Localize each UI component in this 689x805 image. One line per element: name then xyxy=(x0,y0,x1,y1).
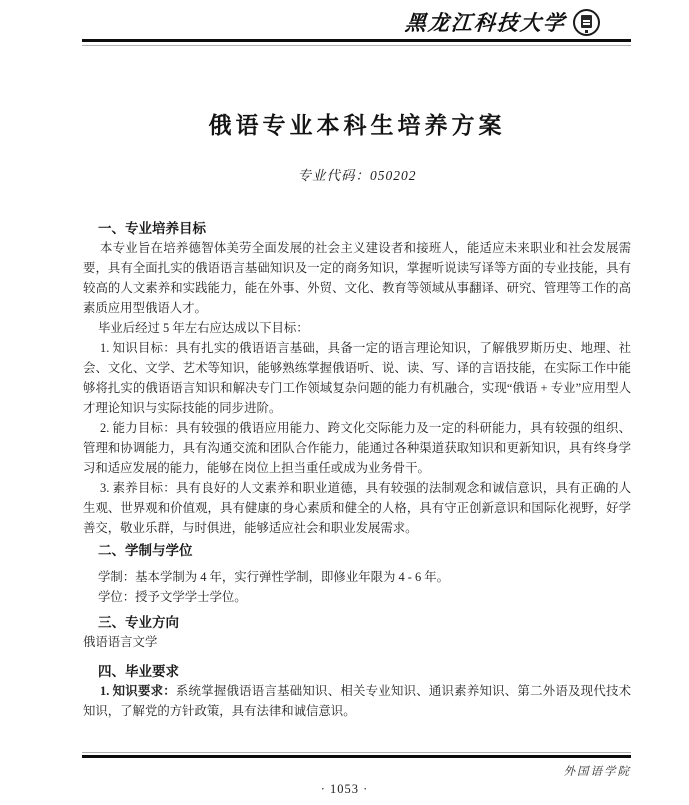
footer-rule-thin xyxy=(82,752,631,753)
footer-rule-thick xyxy=(82,755,631,758)
duration-degree-lines: 学制：基本学制为 4 年，实行弹性学制，即修业年限为 4 - 6 年。 学位：授… xyxy=(83,567,631,607)
direction-content: 俄语语言文学 xyxy=(83,632,631,652)
page-title: 俄语专业本科生培养方案 xyxy=(83,112,631,140)
seal-detail xyxy=(585,30,588,33)
footer-department: 外国语学院 xyxy=(82,764,631,780)
header-rule-thin xyxy=(82,45,631,46)
header-rule-thick xyxy=(82,39,631,42)
page-number: · 1053 · xyxy=(0,781,689,798)
university-seal-icon xyxy=(573,9,600,36)
university-name: 黑龙江科技大学 xyxy=(404,7,567,37)
section-heading-direction: 三、专业方向 xyxy=(83,614,631,632)
major-code: 专业代码：050202 xyxy=(83,166,631,185)
section-heading-goals: 一、专业培养目标 xyxy=(83,220,631,238)
document-body: 俄语专业本科生培养方案 专业代码：050202 一、专业培养目标 本专业旨在培养… xyxy=(83,100,631,721)
section-heading-duration-degree: 二、学制与学位 xyxy=(83,542,631,560)
duration-line: 学制：基本学制为 4 年，实行弹性学制，即修业年限为 4 - 6 年。 xyxy=(83,567,631,587)
goal-item-quality: 3. 素养目标：具有良好的人文素养和职业道德，具有较强的法制观念和诚信意识，具有… xyxy=(83,478,631,538)
goal-item-knowledge: 1. 知识目标：具有扎实的俄语语言基础，具备一定的语言理论知识，了解俄罗斯历史、… xyxy=(83,338,631,418)
goal-item-ability: 2. 能力目标：具有较强的俄语应用能力、跨文化交际能力及一定的科研能力，具有较强… xyxy=(83,418,631,478)
graduation-requirement-paragraph: 1. 知识要求：系统掌握俄语语言基础知识、相关专业知识、通识素养知识、第二外语及… xyxy=(83,681,631,721)
university-brand: 黑龙江科技大学 xyxy=(405,7,600,37)
document-page: 黑龙江科技大学 俄语专业本科生培养方案 专业代码：050202 一、专业培养目标… xyxy=(0,0,689,805)
goals-intro-paragraph: 本专业旨在培养德智体美劳全面发展的社会主义建设者和接班人，能适应未来职业和社会发… xyxy=(83,238,631,318)
section-heading-graduation: 四、毕业要求 xyxy=(83,663,631,681)
graduation-requirement-label: 1. 知识要求： xyxy=(100,684,176,698)
degree-line: 学位：授予文学学士学位。 xyxy=(83,587,631,607)
goals-lead-in: 毕业后经过 5 年左右应达成以下目标： xyxy=(83,318,631,338)
